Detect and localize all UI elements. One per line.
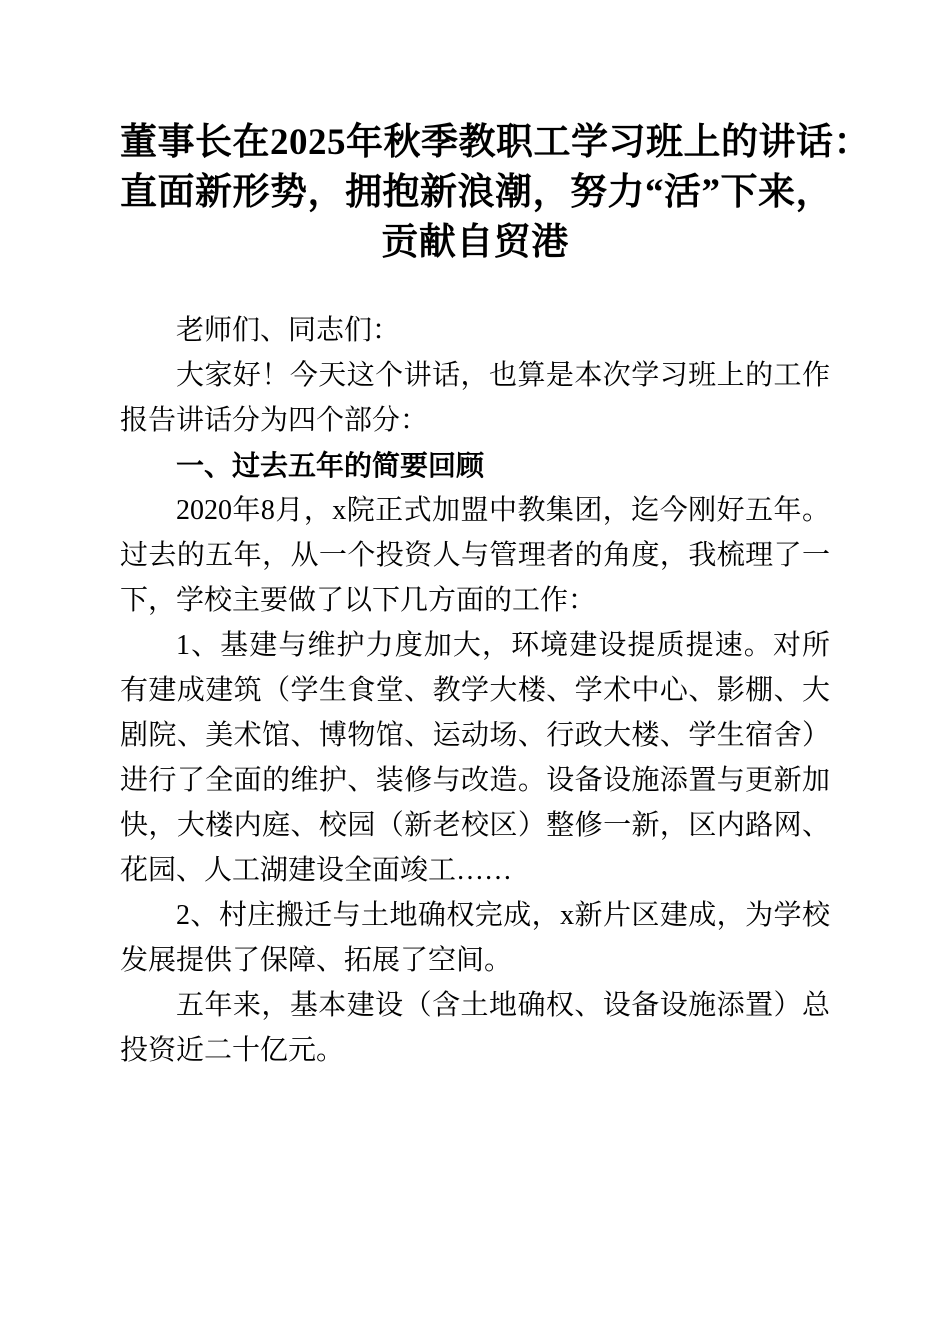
document-title-line: 董事长在2025年秋季教职工学习班上的讲话：	[120, 118, 830, 168]
paragraph: 一、过去五年的简要回顾	[120, 443, 830, 488]
paragraph: 老师们、同志们：	[120, 308, 830, 353]
document-body: 老师们、同志们： 大家好！今天这个讲话，也算是本次学习班上的工作报告讲话分为四个…	[120, 308, 830, 1073]
paragraph: 五年来，基本建设（含土地确权、设备设施添置）总投资近二十亿元。	[120, 983, 830, 1073]
paragraph: 大家好！今天这个讲话，也算是本次学习班上的工作报告讲话分为四个部分：	[120, 353, 830, 443]
paragraph: 1、基建与维护力度加大，环境建设提质提速。对所有建成建筑（学生食堂、教学大楼、学…	[120, 623, 830, 893]
paragraph: 2、村庄搬迁与土地确权完成，x新片区建成，为学校发展提供了保障、拓展了空间。	[120, 893, 830, 983]
document-page: 董事长在2025年秋季教职工学习班上的讲话： 直面新形势，拥抱新浪潮，努力“活”…	[0, 0, 950, 1344]
document-title: 董事长在2025年秋季教职工学习班上的讲话： 直面新形势，拥抱新浪潮，努力“活”…	[120, 118, 830, 268]
paragraph: 2020年8月，x院正式加盟中教集团，迄今刚好五年。过去的五年，从一个投资人与管…	[120, 488, 830, 623]
document-title-line: 贡献自贸港	[120, 218, 830, 268]
document-title-line: 直面新形势，拥抱新浪潮，努力“活”下来，	[120, 168, 830, 218]
